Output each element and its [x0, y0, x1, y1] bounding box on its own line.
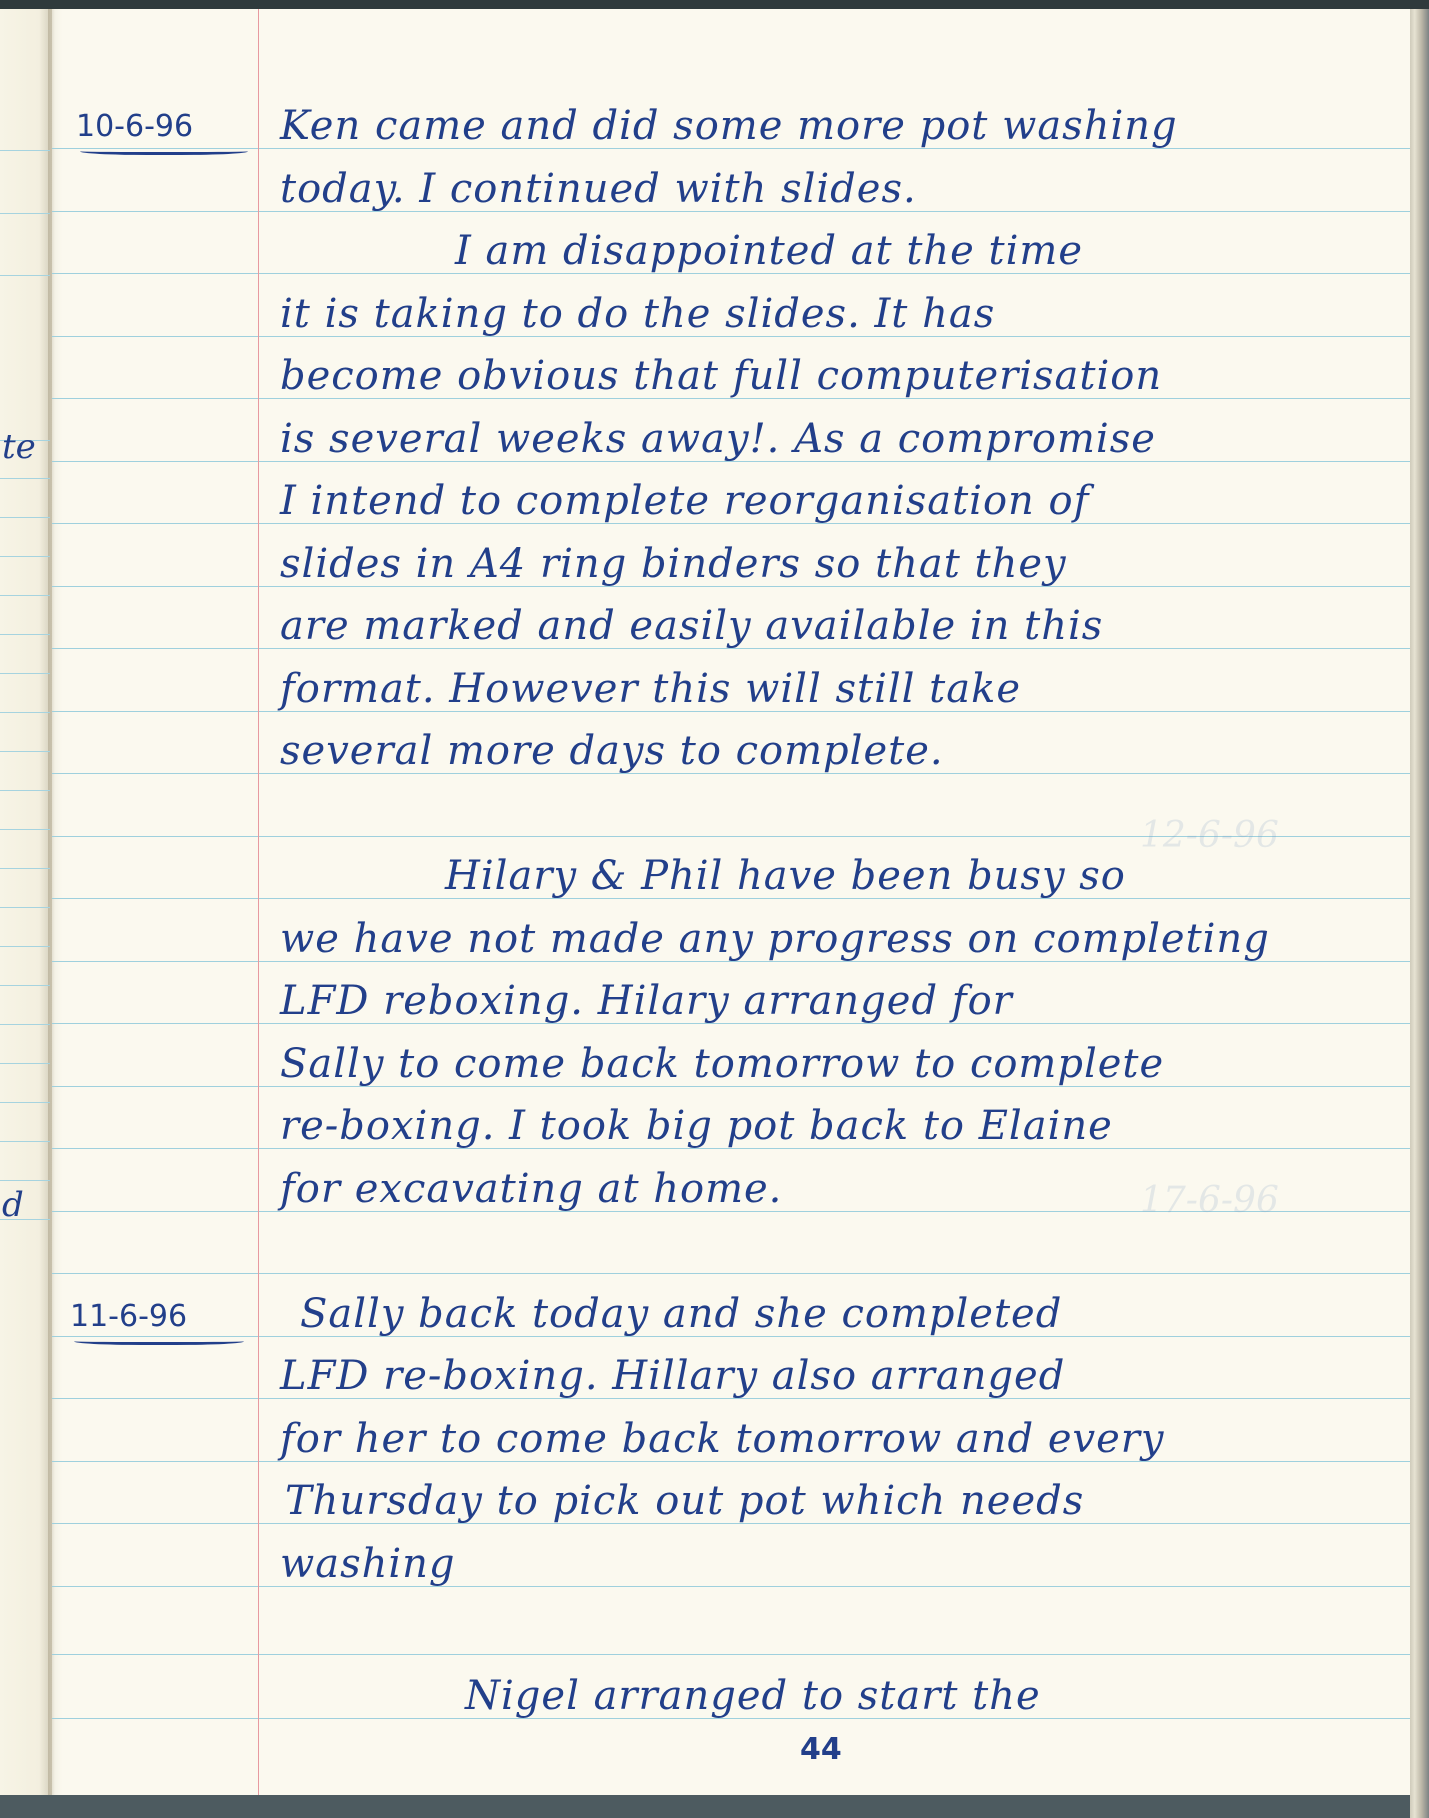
page-number: 44 [800, 1732, 842, 1767]
entry-line: I am disappointed at the time [455, 231, 1083, 271]
entry-line: are marked and easily available in this [280, 606, 1103, 646]
entry-line: Thursday to pick out pot which needs [285, 1481, 1084, 1521]
entry-line: Sally back today and she completed [300, 1294, 1062, 1334]
entry-line: LFD re-boxing. Hillary also arranged [280, 1356, 1065, 1396]
entry-line: Sally to come back tomorrow to complete [280, 1044, 1164, 1084]
bleed-through: 12-6-96 [1140, 815, 1279, 856]
facing-page-strip [0, 9, 52, 1795]
entry-line: it is taking to do the slides. It has [280, 294, 995, 334]
entry-line: is several weeks away!. As a compromise [280, 419, 1156, 459]
entry-line: I intend to complete reorganisation of [280, 481, 1089, 521]
entry-line: several more days to complete. [280, 731, 944, 771]
bleed-through: 17-6-96 [1140, 1180, 1279, 1221]
entry-line: re-boxing. I took big pot back to Elaine [280, 1106, 1113, 1146]
entry-line: Nigel arranged to start the [465, 1676, 1041, 1716]
entry-line: washing [280, 1544, 456, 1584]
entry-line: become obvious that full computerisation [280, 356, 1162, 396]
date-underline [80, 146, 248, 155]
facing-page-text-fragment: d [2, 1188, 24, 1222]
entry-date: 10-6-96 [76, 112, 193, 142]
date-underline [74, 1336, 244, 1345]
entry-line: Hilary & Phil have been busy so [445, 856, 1126, 896]
entry-line: for her to come back tomorrow and every [280, 1419, 1165, 1459]
page-edge [1410, 9, 1429, 1818]
entry-date: 11-6-96 [70, 1302, 187, 1332]
entry-line: Ken came and did some more pot washing [280, 106, 1178, 146]
entry-line: for excavating at home. [280, 1169, 782, 1209]
entry-line: today. I continued with slides. [280, 169, 917, 209]
page-fold-shadow [48, 9, 62, 1795]
entry-line: format. However this will still take [280, 669, 1021, 709]
facing-page-text-fragment: te [2, 430, 36, 464]
margin-line [258, 9, 259, 1795]
scan-top-edge [0, 0, 1429, 9]
notebook-page [0, 9, 1412, 1795]
entry-line: slides in A4 ring binders so that they [280, 544, 1067, 584]
entry-line: LFD reboxing. Hilary arranged for [280, 981, 1013, 1021]
entry-line: we have not made any progress on complet… [280, 919, 1270, 959]
